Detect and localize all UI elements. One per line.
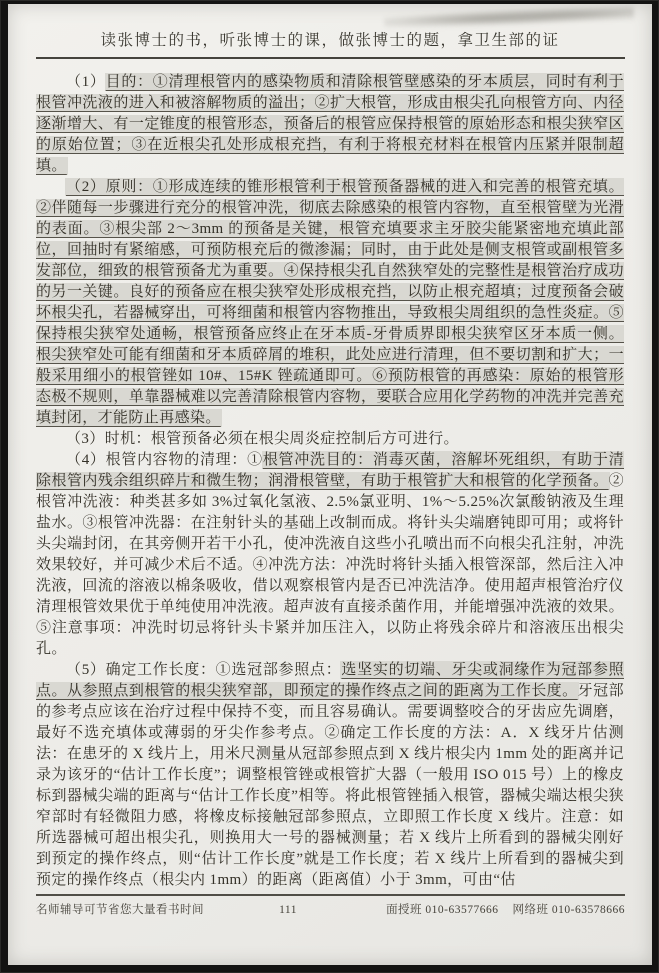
paragraph-purpose: （1）目的：①清理根管内的感染物质和清除根管壁感染的牙本质层，同时有利于根管冲洗… <box>36 72 624 177</box>
footer-online-class-phone: 网络班 010-63578666 <box>513 904 625 916</box>
paragraph-canal-cleaning: （4）根管内容物的清理：①根管冲洗目的：消毒灭菌，溶解坏死组织，有助于清除根管内… <box>36 450 624 660</box>
footer-contacts: 面授班 010-63577666网络班 010-63578666 <box>372 901 625 917</box>
paragraph-working-length: （5）确定工作长度：①选冠部参照点：选坚实的切端、牙尖或洞缘作为冠部参照点。从参… <box>36 660 624 891</box>
text-run: （4）根管内容物的清理：① <box>66 452 263 468</box>
footer-onsite-class-phone: 面授班 010-63577666 <box>386 904 498 916</box>
paragraph-principles: （2）原则：①形成连续的锥形根管利于根管预备器械的进入和完善的根管充填。②伴随每… <box>36 177 624 429</box>
text-run: （3）时机：根管预备必须在根尖周炎症控制后方可进行。 <box>66 431 459 447</box>
footer-slogan: 名师辅导可节省您大量看书时间 <box>36 901 204 917</box>
text-run: ②根管冲洗液：种类甚多如 3%过氧化氢液、2.5%氯亚明、1%～5.25%次氯酸… <box>36 473 624 657</box>
header-rule <box>36 57 625 59</box>
paragraph-timing: （3）时机：根管预备必须在根尖周炎症控制后方可进行。 <box>36 429 624 450</box>
page-surface: 读张博士的书，听张博士的课，做张博士的题，拿卫生部的证 （1）目的：①清理根管内… <box>8 4 652 965</box>
page-footer: 名师辅导可节省您大量看书时间 111 面授班 010-63577666网络班 0… <box>36 894 625 917</box>
header-slogan: 读张博士的书，听张博士的课，做张博士的题，拿卫生部的证 <box>8 28 652 50</box>
document-body: （1）目的：①清理根管内的感染物质和清除根管壁感染的牙本质层，同时有利于根管冲洗… <box>36 72 624 891</box>
text-run: （1） <box>66 74 106 90</box>
page-number: 111 <box>279 904 297 916</box>
scanned-page: 读张博士的书，听张博士的课，做张博士的题，拿卫生部的证 （1）目的：①清理根管内… <box>0 0 659 973</box>
text-run: （5）确定工作长度：①选冠部参照点： <box>66 662 341 678</box>
highlighted-text-run: （2）原则：①形成连续的锥形根管利于根管预备器械的进入和完善的根管充填。②伴随每… <box>36 179 624 426</box>
text-run: 牙冠部的参考点应该在治疗过程中保持不变，而且容易确认。需要调整咬合的牙齿应先调磨… <box>36 683 624 888</box>
highlighted-text-run: 目的：①清理根管内的感染物质和清除根管壁感染的牙本质层，同时有利于根管冲洗液的进… <box>36 74 624 174</box>
